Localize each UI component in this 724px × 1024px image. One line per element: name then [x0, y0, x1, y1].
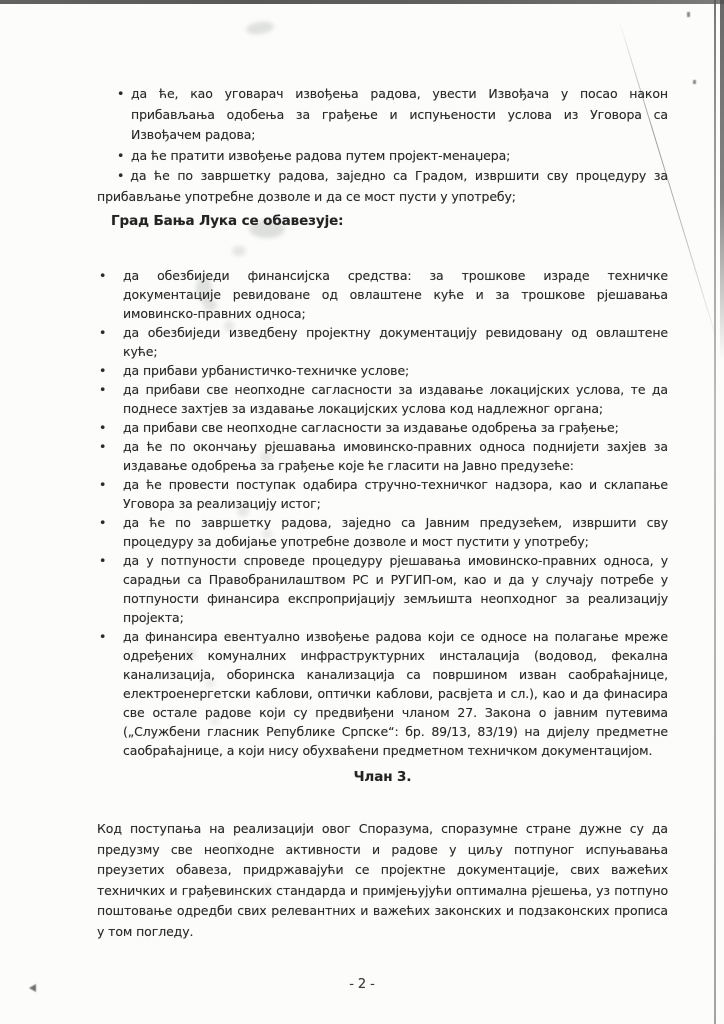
list-item: • да обезбиједи изведбену пројектну доку… — [97, 323, 668, 361]
bullet-icon: • — [117, 146, 124, 167]
list-item-text: да у потпуности спроведе процедуру рјеша… — [123, 553, 668, 625]
scan-speck — [693, 80, 696, 84]
list-item: • да ће провести поступак одабира стручн… — [97, 475, 668, 513]
scan-edge-right-line — [714, 0, 716, 1024]
scan-smudge — [232, 246, 246, 256]
list-item-text: да ће по завршетку радова, заједно са Гр… — [97, 168, 668, 204]
bullet-icon: • — [99, 418, 106, 437]
list-item: • да ће по завршетку радова, заједно са … — [97, 513, 668, 551]
section-heading-city-obligations: Град Бања Лука се обавезује: — [111, 213, 343, 229]
list-item: • да прибави урбанистичко-техничке услов… — [97, 361, 668, 380]
list-item-text: да обезбиједи изведбену пројектну докуме… — [123, 325, 668, 359]
scan-edge-right-dark — [720, 0, 724, 360]
city-obligations-list: • да обезбиједи финансијска средства: за… — [97, 266, 668, 760]
bullet-icon: • — [99, 437, 106, 456]
bullet-icon: • — [117, 84, 124, 105]
scan-smudge — [245, 20, 274, 36]
bullet-icon: • — [99, 627, 106, 646]
list-item-text: да ће, као уговарач извођења радова, уве… — [131, 86, 668, 142]
list-item-text: да финансира евентуално извођење радова … — [123, 629, 668, 758]
contractor-obligations-list: • да ће, као уговарач извођења радова, у… — [97, 84, 668, 207]
bullet-icon: • — [99, 323, 106, 342]
bullet-icon: • — [99, 475, 106, 494]
bullet-icon: • — [99, 266, 106, 285]
bullet-icon: • — [117, 168, 124, 183]
list-item: • да ће по окончању рјешавања имовинско-… — [97, 437, 668, 475]
scanned-document-page: • да ће, као уговарач извођења радова, у… — [0, 0, 724, 1024]
article-3-heading: Члан 3. — [97, 769, 668, 785]
list-item: • да прибави све неопходне сагласности з… — [97, 418, 668, 437]
scan-edge-top — [0, 0, 724, 4]
list-item-text: да прибави све неопходне сагласности за … — [123, 382, 668, 416]
list-item-text: да ће по окончању рјешавања имовинско-пр… — [123, 439, 668, 473]
bullet-icon: • — [99, 513, 106, 532]
list-item: • да обезбиједи финансијска средства: за… — [97, 266, 668, 323]
list-item-text: да ће по завршетку радова, заједно са Ја… — [123, 515, 668, 549]
list-item-text: да прибави урбанистичко-техничке услове; — [123, 363, 409, 378]
list-item: • да у потпуности спроведе процедуру рје… — [97, 551, 668, 627]
list-item: • да ће, као уговарач извођења радова, у… — [97, 84, 668, 146]
list-item-text: да ће провести поступак одабира стручно-… — [123, 477, 668, 511]
bullet-icon: • — [99, 380, 106, 399]
scan-speck — [687, 12, 690, 17]
list-item: • да прибави све неопходне сагласности з… — [97, 380, 668, 418]
article-3-paragraph: Код поступања на реализацији овог Спораз… — [97, 819, 668, 942]
list-item-text: да прибави све неопходне сагласности за … — [123, 420, 619, 435]
list-item: •да ће по завршетку радова, заједно са Г… — [97, 166, 668, 207]
list-item-text: да обезбиједи финансијска средства: за т… — [123, 268, 668, 321]
bullet-icon: • — [99, 361, 106, 380]
list-item: • да ће пратити извођење радова путем пр… — [97, 146, 668, 167]
page-number: - 2 - — [0, 977, 724, 992]
bullet-icon: • — [99, 551, 106, 570]
list-item: • да финансира евентуално извођење радов… — [97, 627, 668, 760]
list-item-text: да ће пратити извођење радова путем прој… — [131, 148, 510, 163]
